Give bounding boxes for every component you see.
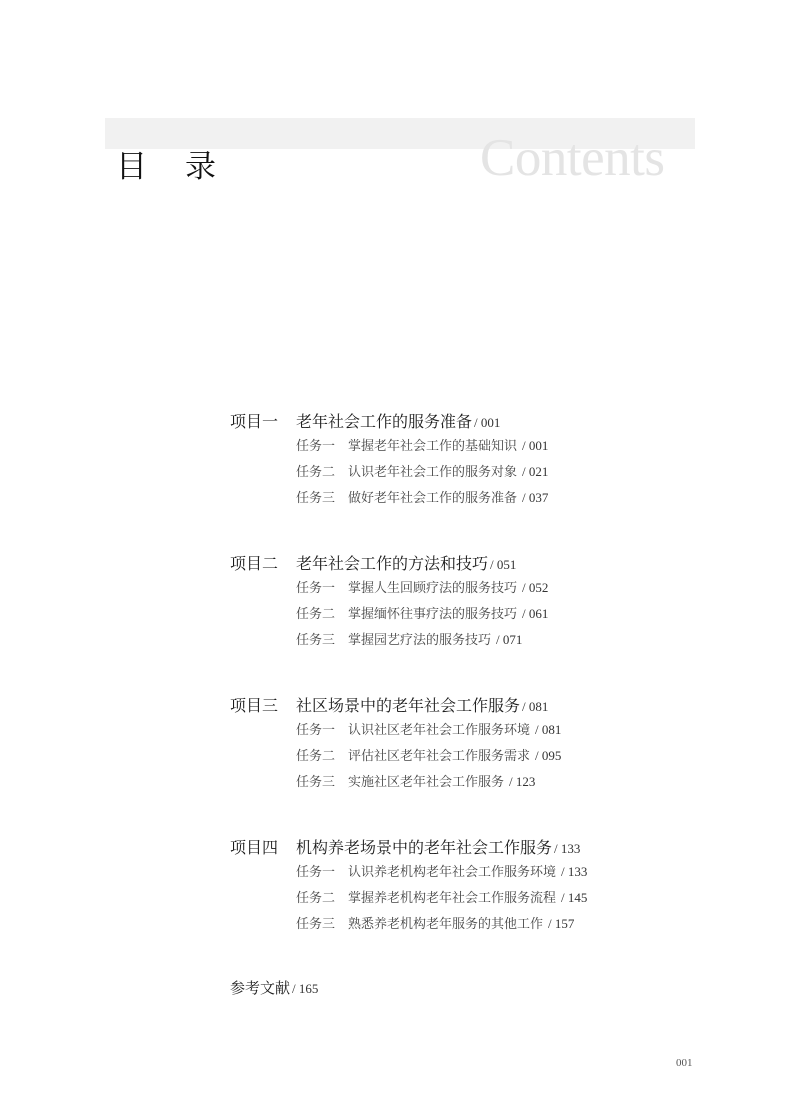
task-page: / 145	[561, 890, 587, 906]
task-page: / 071	[496, 632, 522, 648]
toc-task-entry[interactable]: 任务一 掌握老年社会工作的基础知识 / 001	[230, 435, 750, 461]
task-title: 实施社区老年社会工作服务	[348, 771, 504, 790]
section-title: 机构养老场景中的老年社会工作服务	[296, 835, 552, 858]
task-title: 熟悉养老机构老年服务的其他工作	[348, 913, 543, 932]
toc-task-entry[interactable]: 任务三 做好老年社会工作的服务准备 / 037	[230, 487, 750, 513]
references-page: / 165	[292, 981, 318, 997]
toc-task-entry[interactable]: 任务三 实施社区老年社会工作服务 / 123	[230, 771, 750, 797]
section-label: 项目一	[230, 409, 296, 432]
header-english-title: Contents	[480, 128, 664, 188]
references-title: 参考文献	[230, 977, 290, 998]
page-title: 目录	[116, 148, 216, 186]
task-page: / 081	[535, 722, 561, 738]
task-page: / 123	[509, 774, 535, 790]
task-title: 认识养老机构老年社会工作服务环境	[348, 861, 556, 880]
task-title: 认识社区老年社会工作服务环境	[348, 719, 530, 738]
section-page: / 051	[490, 557, 516, 573]
task-label: 任务二	[296, 603, 348, 622]
toc-section-heading[interactable]: 项目一 老年社会工作的服务准备 / 001	[230, 409, 750, 435]
section-label: 项目二	[230, 551, 296, 574]
section-page: / 133	[554, 841, 580, 857]
task-label: 任务一	[296, 435, 348, 454]
toc-section-1: 项目一 老年社会工作的服务准备 / 001 任务一 掌握老年社会工作的基础知识 …	[230, 409, 750, 513]
toc-task-entry[interactable]: 任务一 认识养老机构老年社会工作服务环境 / 133	[230, 861, 750, 887]
section-title: 老年社会工作的方法和技巧	[296, 551, 488, 574]
toc-task-entry[interactable]: 任务二 认识老年社会工作的服务对象 / 021	[230, 461, 750, 487]
task-label: 任务一	[296, 861, 348, 880]
task-title: 做好老年社会工作的服务准备	[348, 487, 517, 506]
section-page: / 081	[522, 699, 548, 715]
toc-task-entry[interactable]: 任务一 掌握人生回顾疗法的服务技巧 / 052	[230, 577, 750, 603]
task-title: 掌握人生回顾疗法的服务技巧	[348, 577, 517, 596]
toc-section-3: 项目三 社区场景中的老年社会工作服务 / 081 任务一 认识社区老年社会工作服…	[230, 693, 750, 797]
task-page: / 133	[561, 864, 587, 880]
task-label: 任务二	[296, 461, 348, 480]
task-title: 掌握养老机构老年社会工作服务流程	[348, 887, 556, 906]
task-page: / 052	[522, 580, 548, 596]
task-title: 认识老年社会工作的服务对象	[348, 461, 517, 480]
task-page: / 095	[535, 748, 561, 764]
task-label: 任务一	[296, 719, 348, 738]
task-page: / 037	[522, 490, 548, 506]
toc-references-entry[interactable]: 参考文献 / 165	[230, 977, 750, 1003]
toc-section-heading[interactable]: 项目三 社区场景中的老年社会工作服务 / 081	[230, 693, 750, 719]
task-page: / 021	[522, 464, 548, 480]
section-title: 社区场景中的老年社会工作服务	[296, 693, 520, 716]
task-label: 任务三	[296, 629, 348, 648]
table-of-contents: 项目一 老年社会工作的服务准备 / 001 任务一 掌握老年社会工作的基础知识 …	[230, 409, 750, 1003]
task-label: 任务三	[296, 771, 348, 790]
toc-section-heading[interactable]: 项目四 机构养老场景中的老年社会工作服务 / 133	[230, 835, 750, 861]
task-title: 掌握缅怀往事疗法的服务技巧	[348, 603, 517, 622]
page-title-char-1: 目	[116, 148, 147, 186]
page-number: 001	[676, 1057, 693, 1069]
task-page: / 061	[522, 606, 548, 622]
toc-section-2: 项目二 老年社会工作的方法和技巧 / 051 任务一 掌握人生回顾疗法的服务技巧…	[230, 551, 750, 655]
task-title: 评估社区老年社会工作服务需求	[348, 745, 530, 764]
page-title-char-2: 录	[185, 148, 216, 186]
task-label: 任务三	[296, 913, 348, 932]
task-title: 掌握老年社会工作的基础知识	[348, 435, 517, 454]
toc-task-entry[interactable]: 任务二 评估社区老年社会工作服务需求 / 095	[230, 745, 750, 771]
task-label: 任务二	[296, 887, 348, 906]
toc-task-entry[interactable]: 任务二 掌握缅怀往事疗法的服务技巧 / 061	[230, 603, 750, 629]
task-label: 任务三	[296, 487, 348, 506]
section-label: 项目三	[230, 693, 296, 716]
toc-task-entry[interactable]: 任务三 掌握园艺疗法的服务技巧 / 071	[230, 629, 750, 655]
toc-task-entry[interactable]: 任务二 掌握养老机构老年社会工作服务流程 / 145	[230, 887, 750, 913]
task-label: 任务一	[296, 577, 348, 596]
toc-section-4: 项目四 机构养老场景中的老年社会工作服务 / 133 任务一 认识养老机构老年社…	[230, 835, 750, 939]
task-page: / 001	[522, 438, 548, 454]
task-title: 掌握园艺疗法的服务技巧	[348, 629, 491, 648]
task-label: 任务二	[296, 745, 348, 764]
task-page: / 157	[548, 916, 574, 932]
section-label: 项目四	[230, 835, 296, 858]
toc-task-entry[interactable]: 任务一 认识社区老年社会工作服务环境 / 081	[230, 719, 750, 745]
toc-task-entry[interactable]: 任务三 熟悉养老机构老年服务的其他工作 / 157	[230, 913, 750, 939]
section-title: 老年社会工作的服务准备	[296, 409, 472, 432]
section-page: / 001	[474, 415, 500, 431]
toc-section-heading[interactable]: 项目二 老年社会工作的方法和技巧 / 051	[230, 551, 750, 577]
